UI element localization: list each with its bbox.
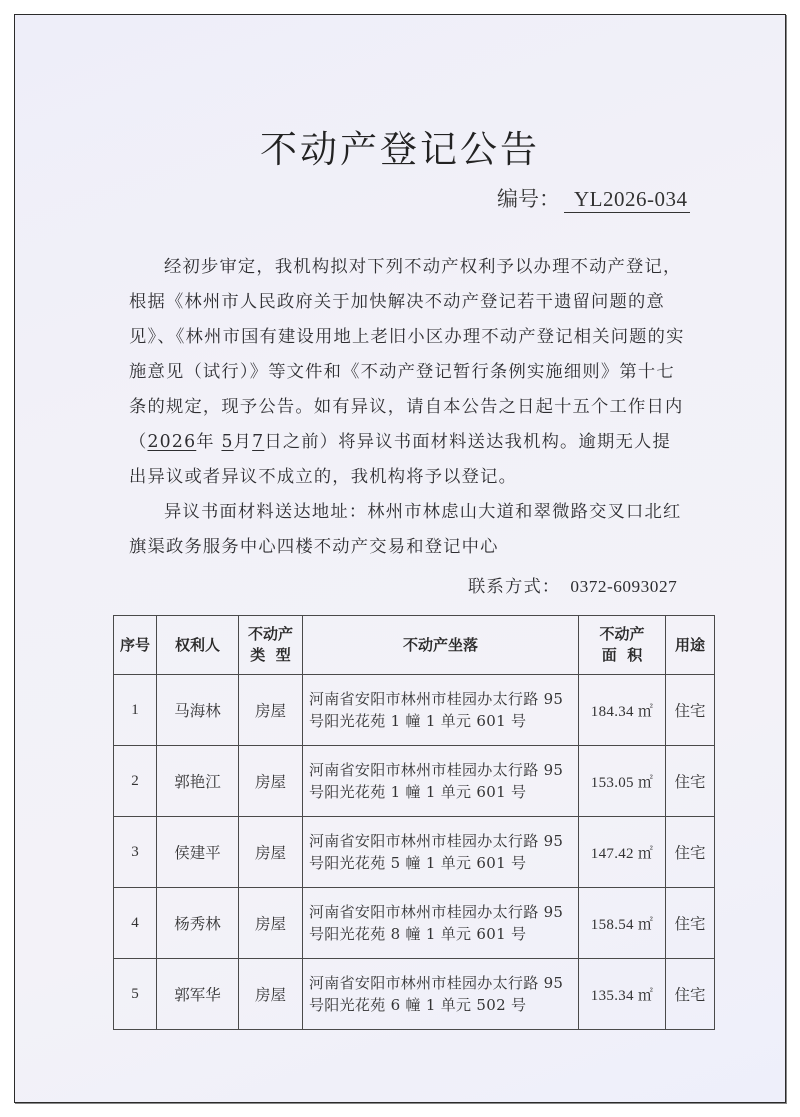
cell-location: 河南省安阳市林州市桂园办太行路 95号阳光花苑 5 幢 1 单元 601 号 xyxy=(303,817,579,888)
deadline-day: 7 xyxy=(252,432,264,452)
cell-seq: 4 xyxy=(114,888,157,959)
header-type: 不动产类 型 xyxy=(239,616,303,675)
paragraph-line: 见》、《林州市国有建设用地上老旧小区办理不动产登记相关问题的实 xyxy=(129,320,689,355)
header-area-line2: 面 积 xyxy=(602,646,642,664)
cell-seq: 2 xyxy=(114,746,157,817)
cell-area: 184.34 ㎡ xyxy=(579,675,666,746)
table-row: 4 杨秀林 房屋 河南省安阳市林州市桂园办太行路 95号阳光花苑 8 幢 1 单… xyxy=(114,888,715,959)
header-area-line1: 不动产 xyxy=(599,625,644,643)
cell-usage: 住宅 xyxy=(666,746,715,817)
document-number-label: 编号： xyxy=(497,187,560,211)
contact-label: 联系方式： xyxy=(468,577,560,597)
cell-owner: 马海林 xyxy=(157,675,239,746)
address-line-1: 河南省安阳市林州市桂园办太行路 95 xyxy=(309,974,563,992)
cell-area: 135.34 ㎡ xyxy=(579,959,666,1030)
contact-phone: 0372-6093027 xyxy=(570,577,677,596)
address-line-2: 号阳光花苑 8 幢 1 单元 601 号 xyxy=(309,925,526,943)
address-line-2: 号阳光花苑 1 幢 1 单元 601 号 xyxy=(309,783,526,801)
cell-usage: 住宅 xyxy=(666,675,715,746)
paragraph-line: 经初步审定，我机构拟对下列不动产权利予以办理不动产登记， xyxy=(129,250,689,285)
paragraph-line: 条的规定，现予公告。如有异议，请自本公告之日起十五个工作日内 xyxy=(129,390,689,425)
cell-owner: 侯建平 xyxy=(157,817,239,888)
cell-owner: 杨秀林 xyxy=(157,888,239,959)
cell-seq: 1 xyxy=(114,675,157,746)
address-line-2: 号阳光花苑 1 幢 1 单元 601 号 xyxy=(309,712,526,730)
table-row: 5 郭军华 房屋 河南省安阳市林州市桂园办太行路 95号阳光花苑 6 幢 1 单… xyxy=(114,959,715,1030)
deadline-year: 2026 xyxy=(147,432,196,452)
cell-usage: 住宅 xyxy=(666,888,715,959)
document-number-value: YL2026-034 xyxy=(564,187,690,213)
address-line-2: 号阳光花苑 6 幢 1 单元 502 号 xyxy=(309,996,526,1014)
header-type-line1: 不动产 xyxy=(248,625,293,643)
address-line-1: 河南省安阳市林州市桂园办太行路 95 xyxy=(309,761,563,779)
paragraph-line: 根据《林州市人民政府关于加快解决不动产登记若干遗留问题的意 xyxy=(129,285,689,320)
cell-type: 房屋 xyxy=(239,888,303,959)
header-area: 不动产面 积 xyxy=(579,616,666,675)
table-row: 1 马海林 房屋 河南省安阳市林州市桂园办太行路 95号阳光花苑 1 幢 1 单… xyxy=(114,675,715,746)
notice-paragraph: 经初步审定，我机构拟对下列不动产权利予以办理不动产登记， 根据《林州市人民政府关… xyxy=(129,250,689,565)
table-row: 2 郭艳江 房屋 河南省安阳市林州市桂园办太行路 95号阳光花苑 1 幢 1 单… xyxy=(114,746,715,817)
cell-usage: 住宅 xyxy=(666,817,715,888)
cell-seq: 3 xyxy=(114,817,157,888)
cell-area: 158.54 ㎡ xyxy=(579,888,666,959)
address-line-1: 河南省安阳市林州市桂园办太行路 95 xyxy=(309,832,563,850)
cell-location: 河南省安阳市林州市桂园办太行路 95号阳光花苑 8 幢 1 单元 601 号 xyxy=(303,888,579,959)
cell-area: 147.42 ㎡ xyxy=(579,817,666,888)
cell-type: 房屋 xyxy=(239,675,303,746)
deadline-month: 5 xyxy=(221,432,233,452)
address-line-2: 号阳光花苑 5 幢 1 单元 601 号 xyxy=(309,854,526,872)
cell-type: 房屋 xyxy=(239,959,303,1030)
cell-seq: 5 xyxy=(114,959,157,1030)
cell-location: 河南省安阳市林州市桂园办太行路 95号阳光花苑 1 幢 1 单元 601 号 xyxy=(303,675,579,746)
address-line-1: 河南省安阳市林州市桂园办太行路 95 xyxy=(309,903,563,921)
cell-type: 房屋 xyxy=(239,817,303,888)
address-line: 旗渠政务服务中心四楼不动产交易和登记中心 xyxy=(129,530,689,565)
address-line-1: 河南省安阳市林州市桂园办太行路 95 xyxy=(309,690,563,708)
paragraph-line: 出异议或者异议不成立的，我机构将予以登记。 xyxy=(129,460,689,495)
paren: （ xyxy=(129,432,147,452)
paragraph-line: 施意见（试行）》等文件和《不动产登记暂行条例实施细则》第十七 xyxy=(129,355,689,390)
header-type-line2: 类 型 xyxy=(250,646,290,664)
header-seq: 序号 xyxy=(114,616,157,675)
scanned-notice-page: 不动产登记公告 编号：YL2026-034 经初步审定，我机构拟对下列不动产权利… xyxy=(14,14,786,1103)
cell-location: 河南省安阳市林州市桂园办太行路 95号阳光花苑 6 幢 1 单元 502 号 xyxy=(303,959,579,1030)
document-number: 编号：YL2026-034 xyxy=(497,183,690,213)
year-unit: 年 xyxy=(196,432,214,452)
cell-usage: 住宅 xyxy=(666,959,715,1030)
cell-location: 河南省安阳市林州市桂园办太行路 95号阳光花苑 1 幢 1 单元 601 号 xyxy=(303,746,579,817)
page-title: 不动产登记公告 xyxy=(15,119,785,173)
deadline-suffix: 日之前）将异议书面材料送达我机构。逾期无人提 xyxy=(264,432,671,452)
table-header-row: 序号 权利人 不动产类 型 不动产坐落 不动产面 积 用途 xyxy=(114,616,715,675)
cell-owner: 郭军华 xyxy=(157,959,239,1030)
cell-type: 房屋 xyxy=(239,746,303,817)
cell-owner: 郭艳江 xyxy=(157,746,239,817)
contact-info: 联系方式：0372-6093027 xyxy=(468,572,677,597)
cell-area: 153.05 ㎡ xyxy=(579,746,666,817)
address-line: 异议书面材料送达地址：林州市林虑山大道和翠微路交叉口北红 xyxy=(129,495,689,530)
header-owner: 权利人 xyxy=(157,616,239,675)
header-usage: 用途 xyxy=(666,616,715,675)
header-location: 不动产坐落 xyxy=(303,616,579,675)
registration-table: 序号 权利人 不动产类 型 不动产坐落 不动产面 积 用途 1 马海林 房屋 河… xyxy=(113,615,715,1030)
deadline-line: （2026年 5月7日之前）将异议书面材料送达我机构。逾期无人提 xyxy=(129,425,689,460)
month-unit: 月 xyxy=(234,432,252,452)
table-row: 3 侯建平 房屋 河南省安阳市林州市桂园办太行路 95号阳光花苑 5 幢 1 单… xyxy=(114,817,715,888)
